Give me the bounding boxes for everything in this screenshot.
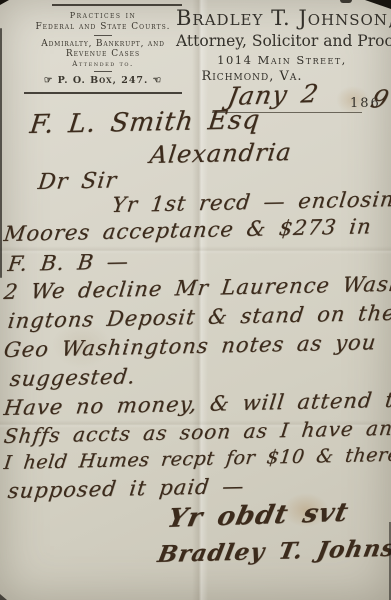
practice-box-line: Revenue Cases	[24, 49, 182, 59]
letter-body-line: supposed it paid —	[7, 474, 246, 503]
letter-body-line: suggested.	[9, 364, 138, 391]
practice-box-bottom-rule	[24, 92, 182, 94]
closing-line: Yr obdt svt	[165, 498, 352, 534]
practice-box-line: Practices in	[24, 11, 182, 20]
scan-edge-top-notch	[340, 0, 352, 3]
scanned-letter-page: Practices in Federal and State Courts. A…	[0, 0, 391, 600]
masthead: Bradley T. Johnson, Attorney, Solicitor …	[176, 6, 388, 84]
practice-box: Practices in Federal and State Courts. A…	[24, 4, 182, 94]
salutation: Dr Sir	[37, 168, 119, 195]
letter-body-line: I held Humes recpt for $10 & therefore	[3, 443, 391, 474]
scan-edge-left	[0, 28, 2, 278]
scan-edge-top-left	[0, 0, 9, 5]
practice-box-line: Attended to.	[24, 60, 182, 68]
attorney-profession: Attorney, Solicitor and Proctor	[176, 32, 388, 50]
practice-box-divider	[94, 71, 112, 72]
letter-body-line: ingtons Deposit & stand on the	[7, 301, 391, 333]
signature: Bradley T. Johnson	[155, 534, 391, 568]
letter-body-line: Have no money, & will attend to	[3, 388, 391, 420]
po-box-line: ☞ P. O. Box, 247. ☜	[24, 75, 182, 86]
recipient-place: Alexandria	[148, 138, 293, 169]
practice-box-top-rule	[52, 4, 182, 6]
handwritten-year-digit: 9	[367, 84, 391, 114]
scan-edge-bottom-left	[0, 594, 7, 600]
recipient-line: F. L. Smith Esq	[28, 105, 262, 140]
letter-body-line: F. B. B —	[7, 249, 131, 276]
practice-box-line: Admiralty, Bankrupt, and	[24, 39, 182, 49]
letter-body-line: Moores acceptance & $273 in	[3, 214, 374, 246]
practice-box-line: Federal and State Courts.	[24, 22, 182, 32]
practice-box-divider	[94, 35, 112, 36]
letter-opening-line: Yr 1st recd — enclosing	[111, 187, 391, 217]
street-address: 1014 Main Street,	[176, 53, 388, 67]
letter-body-line: 2 We decline Mr Laurence Wash	[3, 272, 391, 304]
attorney-name: Bradley T. Johnson,	[176, 6, 388, 30]
